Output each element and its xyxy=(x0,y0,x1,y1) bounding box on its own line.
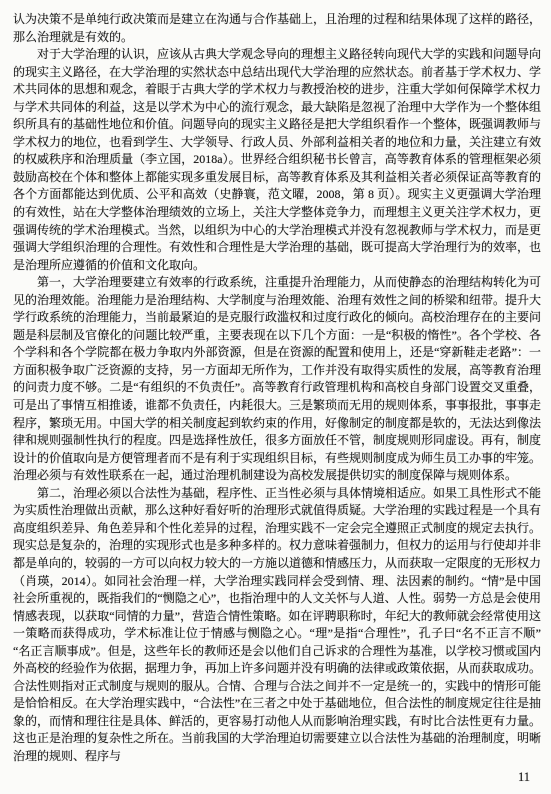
book-page: 认为决策不是单纯行政决策而是建立在沟通与合作基础上，且治理的过程和结果体现了这样… xyxy=(0,0,551,794)
paragraph-point-one-effective-administration: 第一，大学治理要建立有效率的行政系统，注重提升治理能力，从而使静态的治理结构转化… xyxy=(13,274,541,485)
page-text-block: 认为决策不是单纯行政决策而是建立在沟通与合作基础上，且治理的过程和结果体现了这样… xyxy=(13,11,541,766)
paragraph-point-two-legitimacy: 第二，治理必须以合法性为基础，程序性、正当性必须与具体情境相适应。如果工具性形式… xyxy=(13,485,541,766)
paragraph-governance-paths: 对于大学治理的认识，应该从古典大学观念导向的理想主义路径转向现代大学的实践和问题… xyxy=(13,46,541,274)
paragraph-continuation: 认为决策不是单纯行政决策而是建立在沟通与合作基础上，且治理的过程和结果体现了这样… xyxy=(13,11,541,46)
page-number: 11 xyxy=(518,770,530,785)
